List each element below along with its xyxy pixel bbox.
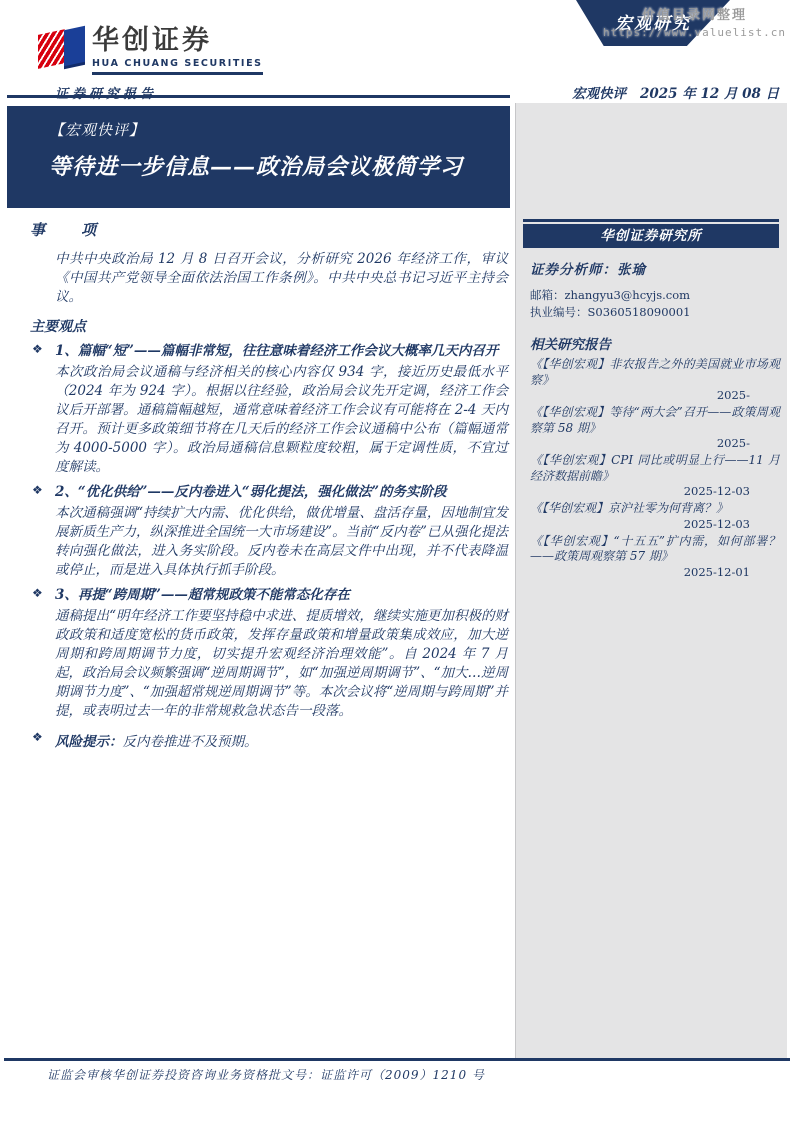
point-title: 2、“优化供给”——反内卷进入“弱化提法，强化做法”的务实阶段 (55, 483, 446, 501)
related-report-title[interactable]: 《【华创宏观】等待“两大会”召开——政策周观察第 58 期》 (530, 405, 780, 436)
related-report-title[interactable]: 《【华创宏观】“十五五”扩内需，如何部署？——政策周观察第 57 期》 (530, 534, 780, 565)
view-point: ❖ 2、“优化供给”——反内卷进入“弱化提法，强化做法”的务实阶段 本次通稿强调… (30, 483, 508, 580)
report-page: 华创证券 HUA CHUANG SECURITIES 证券研究报告 宏观研究 价… (0, 0, 793, 1122)
header-divider-rule (7, 95, 510, 98)
footer-license-text: 证监会审核华创证券投资咨询业务资格批文号：证监许可（2009）1210 号 (47, 1066, 485, 1083)
main-content: 事 项 中共中央政治局 12 月 8 日召开会议，分析研究 2026 年经济工作… (30, 219, 508, 750)
related-report-item[interactable]: 《【华创宏观】京沪社零为何背离？》 2025-12-03 (530, 501, 780, 532)
related-report-item[interactable]: 《【华创宏观】非农报告之外的美国就业市场观察》 2025- (530, 357, 780, 403)
analyst-email[interactable]: 邮箱：zhangyu3@hcyjs.com (530, 287, 780, 304)
point-title: 3、再提“跨周期”——超常规政策不能常态化存在 (55, 586, 350, 604)
event-body: 中共中央政治局 12 月 8 日召开会议，分析研究 2026 年经济工作，审议《… (55, 250, 508, 307)
related-report-date: 2025- (530, 436, 780, 451)
view-point: ❖ 1、篇幅“短”——篇幅非常短，往往意味着经济工作会议大概率几天内召开 本次政… (30, 342, 508, 477)
institute-header: 华创证券研究所 (523, 224, 779, 248)
point-body: 本次通稿强调“持续扩大内需、优化供给，做优增量、盘活存量，因地制宜发展新质生产力… (55, 504, 508, 580)
point-title: 1、篇幅“短”——篇幅非常短，往往意味着经济工作会议大概率几天内召开 (55, 342, 498, 360)
related-report-item[interactable]: 《【华创宏观】“十五五”扩内需，如何部署？——政策周观察第 57 期》 2025… (530, 534, 780, 580)
related-report-date: 2025-12-01 (530, 565, 780, 580)
views-section-heading: 主要观点 (30, 316, 508, 336)
related-report-date: 2025- (530, 388, 780, 403)
watermark-site-name: 价值目录网整理 (596, 7, 793, 24)
point-body: 本次政治局会议通稿与经济相关的核心内容仅 934 字，接近历史最低水平（2024… (55, 363, 508, 477)
related-report-date: 2025-12-03 (530, 517, 780, 532)
logo-text-block: 华创证券 HUA CHUANG SECURITIES (92, 26, 263, 75)
related-report-date: 2025-12-03 (530, 484, 780, 499)
analyst-name: 证券分析师：张瑜 (530, 258, 780, 278)
bullet-diamond-icon: ❖ (30, 730, 55, 750)
bullet-diamond-icon: ❖ (30, 483, 55, 501)
point-body: 通稿提出“明年经济工作要坚持稳中求进、提质增效，继续实施更加积极的财政政策和适度… (55, 607, 508, 721)
report-date: 2025 年 12 月 08 日 (640, 86, 779, 102)
event-section-heading: 事 项 (30, 219, 508, 240)
page-title: 等待进一步信息——政治局会议极简学习 (49, 150, 463, 181)
flag-red-stripes (38, 29, 65, 69)
related-report-item[interactable]: 《【华创宏观】等待“两大会”召开——政策周观察第 58 期》 2025- (530, 405, 780, 451)
institute-top-rule (523, 219, 779, 222)
flag-blue-block (64, 26, 85, 66)
risk-text: 反内卷推进不及预期。 (123, 734, 258, 750)
related-reports-heading: 相关研究报告 (530, 333, 780, 353)
site-watermark: 价值目录网整理 https://www.valuelist.cn (596, 7, 793, 41)
footer-rule (4, 1058, 790, 1061)
analyst-block: 证券分析师：张瑜 邮箱：zhangyu3@hcyjs.com 执业编号：S036… (530, 258, 780, 321)
category-date-line: 宏观快评2025 年 12 月 08 日 (572, 82, 779, 102)
related-reports-list: 相关研究报告 《【华创宏观】非农报告之外的美国就业市场观察》 2025- 《【华… (530, 333, 780, 582)
related-report-title[interactable]: 《【华创宏观】京沪社零为何背离？》 (530, 501, 780, 517)
sidebar-panel: 华创证券研究所 证券分析师：张瑜 邮箱：zhangyu3@hcyjs.com 执… (515, 103, 787, 1058)
logo-chinese-name: 华创证券 (92, 26, 263, 56)
risk-warning-row: ❖ 风险提示：反内卷推进不及预期。 (30, 730, 508, 750)
watermark-url-link[interactable]: https://www.valuelist.cn (596, 24, 793, 41)
related-report-title[interactable]: 《【华创宏观】非农报告之外的美国就业市场观察》 (530, 357, 780, 388)
bullet-diamond-icon: ❖ (30, 342, 55, 360)
huachuang-flag-logo-icon (38, 27, 88, 72)
report-kind-label: 证券研究报告 (55, 83, 157, 102)
title-kicker: 【宏观快评】 (49, 119, 145, 140)
related-report-item[interactable]: 《【华创宏观】CPI 同比或明显上行——11 月经济数据前瞻》 2025-12-… (530, 453, 780, 499)
report-category: 宏观快评 (572, 86, 626, 102)
bullet-diamond-icon: ❖ (30, 586, 55, 604)
title-band: 【宏观快评】 等待进一步信息——政治局会议极简学习 (7, 106, 510, 208)
analyst-license: 执业编号：S0360518090001 (530, 304, 780, 321)
view-point: ❖ 3、再提“跨周期”——超常规政策不能常态化存在 通稿提出“明年经济工作要坚持… (30, 586, 508, 721)
related-report-title[interactable]: 《【华创宏观】CPI 同比或明显上行——11 月经济数据前瞻》 (530, 453, 780, 484)
logo-english-name: HUA CHUANG SECURITIES (92, 58, 263, 69)
risk-label: 风险提示： (55, 734, 123, 750)
